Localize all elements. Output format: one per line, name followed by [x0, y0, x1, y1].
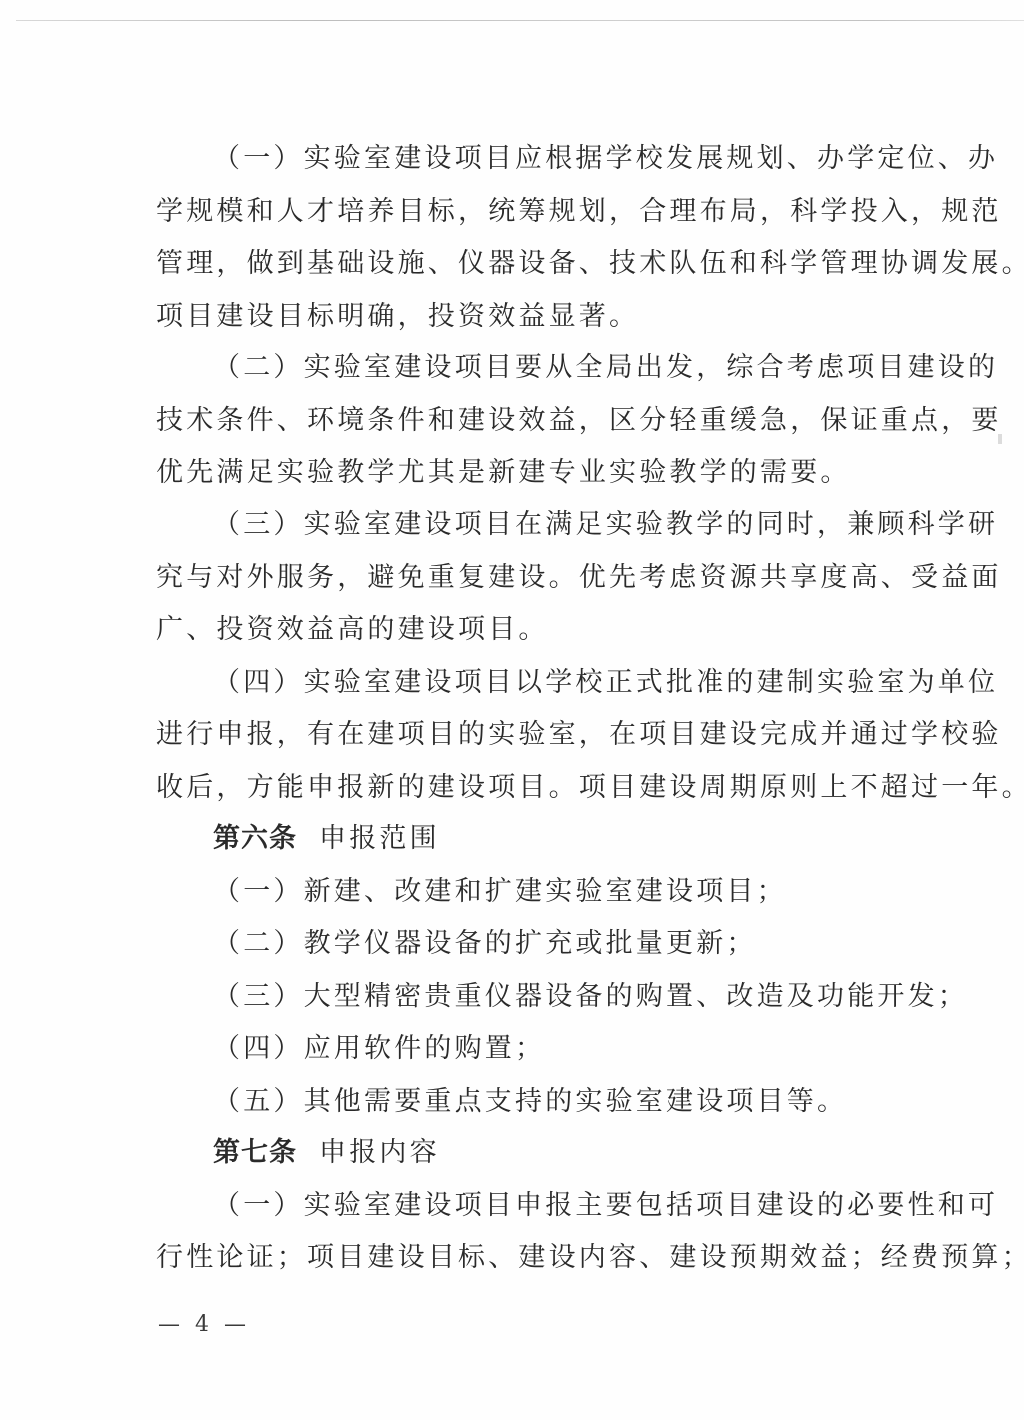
article-6-item-4: （四）应用软件的购置； [213, 1032, 973, 1066]
paragraph-2-line-2: 技术条件、环境条件和建设效益，区分轻重缓急，保证重点，要 [156, 404, 916, 438]
document-page: （一）实验室建设项目应根据学校发展规划、办学定位、办 学规模和人才培养目标，统筹… [0, 0, 1024, 1420]
article-7-line-1: （一）实验室建设项目申报主要包括项目建设的必要性和可 [213, 1189, 973, 1223]
paragraph-3-line-3: 广、投资效益高的建设项目。 [156, 613, 916, 647]
paragraph-1-line-3: 管理，做到基础设施、仪器设备、技术队伍和科学管理协调发展。 [156, 247, 916, 281]
paragraph-4-line-2: 进行申报，有在建项目的实验室，在项目建设完成并通过学校验 [156, 718, 916, 752]
article-7-line-2: 行性论证；项目建设目标、建设内容、建设预期效益；经费预算； [156, 1241, 916, 1275]
paragraph-4-line-3: 收后，方能申报新的建设项目。项目建设周期原则上不超过一年。 [156, 771, 916, 805]
page-number: — 4 — [158, 1312, 250, 1337]
article-6-heading: 第六条申报范围 [213, 822, 973, 856]
paragraph-3-line-2: 究与对外服务，避免重复建设。优先考虑资源共享度高、受益面 [156, 561, 916, 595]
article-6-item-3: （三）大型精密贵重仪器设备的购置、改造及功能开发； [213, 980, 973, 1014]
scan-edge-line [16, 20, 1024, 21]
paragraph-3-line-1: （三）实验室建设项目在满足实验教学的同时，兼顾科学研 [213, 508, 973, 542]
article-7-title: 申报内容 [319, 1137, 440, 1168]
paragraph-2-line-3: 优先满足实验教学尤其是新建专业实验教学的需要。 [156, 456, 916, 490]
article-6-title: 申报范围 [319, 823, 440, 854]
paragraph-1-line-4: 项目建设目标明确，投资效益显著。 [156, 300, 916, 334]
article-6-item-5: （五）其他需要重点支持的实验室建设项目等。 [213, 1085, 973, 1119]
paragraph-2-line-1: （二）实验室建设项目要从全局出发，综合考虑项目建设的 [213, 351, 973, 385]
paragraph-1-line-1: （一）实验室建设项目应根据学校发展规划、办学定位、办 [213, 142, 973, 176]
article-6-item-1: （一）新建、改建和扩建实验室建设项目； [213, 875, 973, 909]
article-7-heading: 第七条申报内容 [213, 1136, 973, 1170]
article-6-item-2: （二）教学仪器设备的扩充或批量更新； [213, 927, 973, 961]
article-7-number: 第七条 [213, 1137, 297, 1168]
paragraph-4-line-1: （四）实验室建设项目以学校正式批准的建制实验室为单位 [213, 666, 973, 700]
paragraph-1-line-2: 学规模和人才培养目标，统筹规划，合理布局，科学投入，规范 [156, 195, 916, 229]
article-6-number: 第六条 [213, 823, 297, 854]
